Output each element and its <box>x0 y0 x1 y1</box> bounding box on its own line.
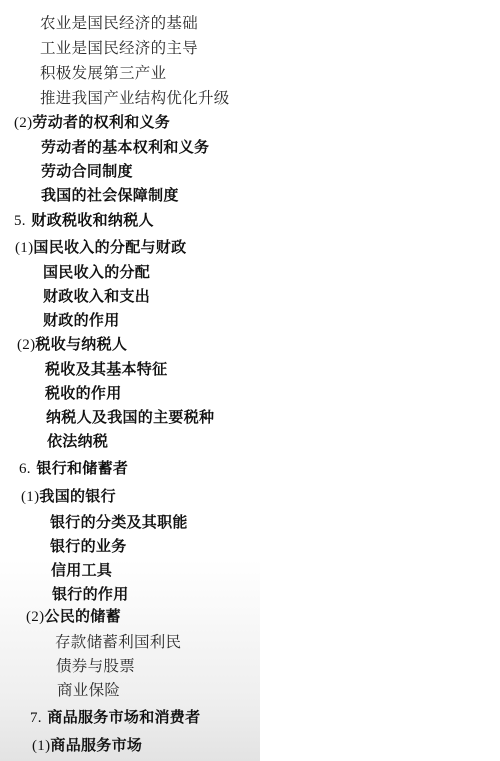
outline-item: 财政收入和支出 <box>43 286 150 306</box>
subsection-heading: (2)公民的储蓄 <box>26 606 121 627</box>
subsection-heading: (1)商品服务市场 <box>32 735 142 756</box>
outline-item: 劳动合同制度 <box>41 161 133 181</box>
outline-text: 国民收入的分配 <box>43 263 150 281</box>
outline-number: (1) <box>15 240 33 256</box>
outline-number: (2) <box>14 115 32 131</box>
outline-text: 财政收入和支出 <box>43 287 150 305</box>
outline-text: 纳税人及我国的主要税种 <box>46 408 214 426</box>
outline-item: 纳税人及我国的主要税种 <box>46 407 214 427</box>
outline-text: 国民收入的分配与财政 <box>33 238 186 256</box>
outline-item: 农业是国民经济的基础 <box>40 13 198 33</box>
outline-text: 农业是国民经济的基础 <box>40 14 198 32</box>
outline-item: 我国的社会保障制度 <box>41 185 179 205</box>
outline-text: 税收与纳税人 <box>35 335 127 353</box>
outline-text: 税收及其基本特征 <box>45 360 167 378</box>
section-heading: 7. 商品服务市场和消费者 <box>30 707 200 728</box>
subsection-heading: (2)劳动者的权利和义务 <box>14 112 170 133</box>
outline-text: 银行的作用 <box>52 585 129 603</box>
outline-text: 商品服务市场和消费者 <box>47 708 200 726</box>
outline-text: 积极发展第三产业 <box>40 64 166 82</box>
outline-item: 税收的作用 <box>45 383 122 403</box>
outline-item: 商业保险 <box>57 680 120 700</box>
outline-number: 7. <box>30 710 42 726</box>
outline-text: 依法纳税 <box>47 432 108 450</box>
outline-item: 债券与股票 <box>56 656 135 676</box>
outline-text: 银行的业务 <box>50 537 127 555</box>
outline-text: 我国的银行 <box>39 487 116 505</box>
outline-item: 信用工具 <box>51 560 112 580</box>
subsection-heading: (2)税收与纳税人 <box>17 334 127 355</box>
outline-text: 银行的分类及其职能 <box>50 513 188 531</box>
outline-number: (2) <box>17 337 35 353</box>
outline-text: 公民的储蓄 <box>44 607 121 625</box>
outline-text: 推进我国产业结构优化升级 <box>40 89 230 107</box>
outline-text: 劳动者的权利和义务 <box>32 113 170 131</box>
outline-item: 税收及其基本特征 <box>45 359 167 379</box>
outline-number: (2) <box>26 609 44 625</box>
outline-item: 银行的业务 <box>50 536 127 556</box>
section-heading: 6. 银行和储蓄者 <box>19 458 128 479</box>
outline-item: 劳动者的基本权利和义务 <box>41 137 209 157</box>
outline-text: 财政的作用 <box>43 311 120 329</box>
outline-number: (1) <box>21 489 39 505</box>
outline-text: 税收的作用 <box>45 384 122 402</box>
outline-text: 工业是国民经济的主导 <box>40 39 198 57</box>
outline-item: 推进我国产业结构优化升级 <box>40 88 230 108</box>
outline-text: 存款储蓄利国利民 <box>55 633 181 651</box>
outline-text: 财政税收和纳税人 <box>31 211 153 229</box>
outline-item: 银行的作用 <box>52 584 129 604</box>
outline-number: 5. <box>14 213 26 229</box>
outline-item: 依法纳税 <box>47 431 108 451</box>
outline-item: 银行的分类及其职能 <box>50 512 188 532</box>
outline-item: 存款储蓄利国利民 <box>55 632 181 652</box>
outline-text: 劳动合同制度 <box>41 162 133 180</box>
section-heading: 5. 财政税收和纳税人 <box>14 210 154 231</box>
outline-text: 信用工具 <box>51 561 112 579</box>
outline-number: 6. <box>19 461 31 477</box>
outline-text: 商品服务市场 <box>50 736 142 754</box>
outline-text: 债券与股票 <box>56 657 135 675</box>
outline-item: 国民收入的分配 <box>43 262 150 282</box>
outline-item: 工业是国民经济的主导 <box>40 38 198 58</box>
outline-number: (1) <box>32 738 50 754</box>
subsection-heading: (1)国民收入的分配与财政 <box>15 237 186 258</box>
outline-item: 积极发展第三产业 <box>40 63 166 83</box>
subsection-heading: (1)我国的银行 <box>21 486 116 507</box>
outline-text: 银行和储蓄者 <box>36 459 128 477</box>
outline-text: 劳动者的基本权利和义务 <box>41 138 209 156</box>
outline-text: 商业保险 <box>57 681 120 699</box>
outline-text: 我国的社会保障制度 <box>41 186 179 204</box>
outline-item: 财政的作用 <box>43 310 120 330</box>
